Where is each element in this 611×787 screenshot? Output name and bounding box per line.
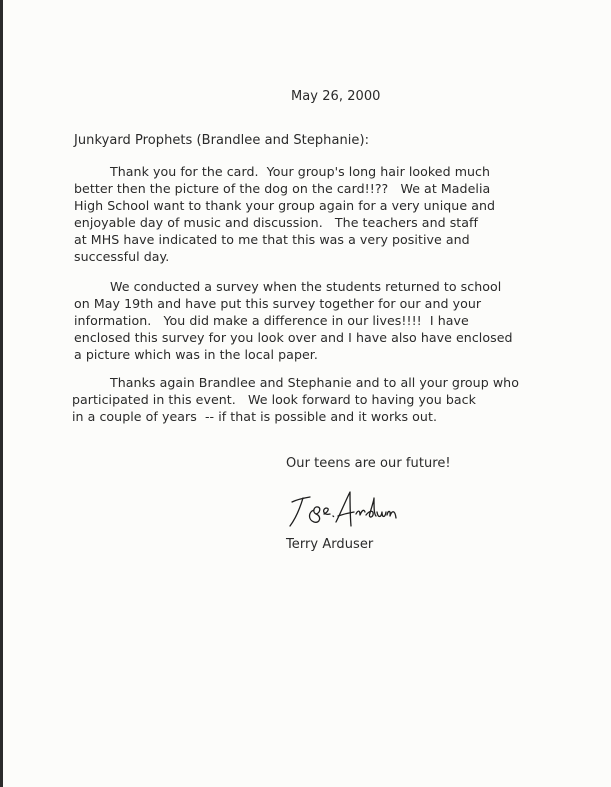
paragraph-line: Thanks again Brandlee and Stephanie and …	[110, 375, 519, 391]
paragraph-line: in a couple of years -- if that is possi…	[72, 409, 437, 425]
paragraph-line: at MHS have indicated to me that this wa…	[74, 232, 470, 248]
signer-name: Terry Arduser	[286, 537, 373, 553]
signature-icon	[286, 488, 406, 532]
paragraph-line: successful day.	[74, 249, 169, 265]
paragraph-line: enjoyable day of music and discussion. T…	[74, 215, 478, 231]
paragraph-line: Thank you for the card. Your group's lon…	[110, 164, 490, 180]
paragraph-line: better then the picture of the dog on th…	[74, 181, 490, 197]
paragraph-line: We conducted a survey when the students …	[110, 279, 501, 295]
paragraph-line: on May 19th and have put this survey tog…	[74, 296, 481, 312]
letter-closing: Our teens are our future!	[286, 456, 451, 472]
paragraph-line: High School want to thank your group aga…	[74, 198, 495, 214]
paragraph-line: information. You did make a difference i…	[74, 313, 469, 329]
paragraph-line: a picture which was in the local paper.	[74, 347, 318, 363]
paragraph-line: enclosed this survey for you look over a…	[74, 330, 513, 346]
letter-date: May 26, 2000	[291, 89, 381, 105]
letter-page: May 26, 2000 Junkyard Prophets (Brandlee…	[0, 0, 611, 787]
letter-salutation: Junkyard Prophets (Brandlee and Stephani…	[74, 133, 369, 149]
paragraph-line: participated in this event. We look forw…	[72, 392, 476, 408]
